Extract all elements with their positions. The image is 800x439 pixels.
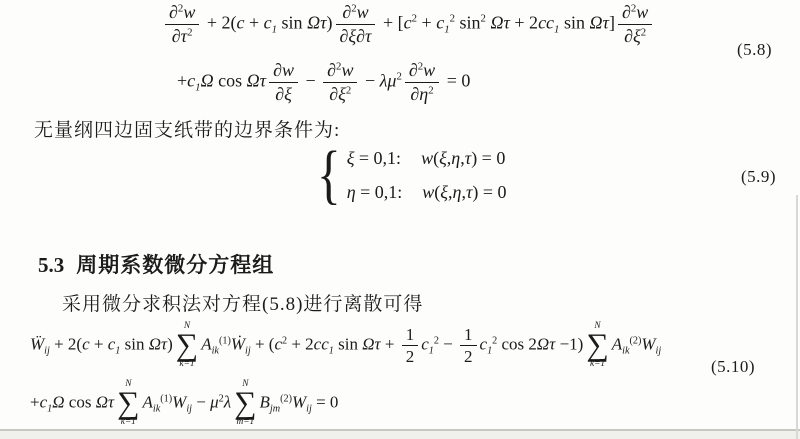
math-fraction: ∂2w∂ξ2 [323,60,357,104]
math-run: A [612,335,622,354]
math-run: ) = 0 [472,182,506,202]
math-run: + [30,393,40,412]
math-run: + [417,12,436,32]
equation-number-5-8: (5.8) [737,40,772,60]
math-run: (1) [160,393,172,404]
math-fraction: 12 [460,325,477,367]
math-run: (1) [219,335,231,346]
math-run: 2 [187,26,192,38]
math-run: 1 [444,23,449,35]
math-run: Ẅ [30,335,44,354]
math-run: η [347,182,356,202]
math-run: 2 [428,84,433,96]
paragraph-discretization: 采用微分求积法对方程(5.8)进行离散可得 [62,289,423,316]
math-run: Ωτ [96,393,114,412]
math-fraction: ∂2w∂ξ∂τ [336,2,376,46]
math-run: ∂ξ [329,84,346,104]
math-run: − [439,335,457,354]
math-run: sin [277,12,307,32]
scanned-document-page: ∂2w∂τ2 + 2(c + c1 sin Ωτ)∂2w∂ξ∂τ + [c2 +… [0,0,800,439]
math-run: c [82,335,90,354]
math-run: Ωτ [490,12,509,32]
math-run: η [451,148,460,168]
equation-number-5-10: (5.10) [708,357,758,377]
math-fraction: ∂2w∂τ2 [165,2,199,46]
math-run: cc [538,12,554,32]
math-run: W [292,393,306,412]
math-run: − [301,70,320,90]
math-run: 1 [429,346,434,357]
math-run: c [404,12,412,32]
scan-bottom-strip [0,431,800,439]
math-run: Ωτ [307,12,326,32]
math-run: ) [167,335,173,354]
math-run: ∂ [327,60,336,80]
math-run: Ωτ [247,70,266,90]
math-run: ik [153,404,160,415]
math-run: A [201,335,211,354]
equation-5-9-row-2: η = 0,1:w(ξ,η,τ) = 0 [347,177,507,207]
math-run: ∂ξ [624,26,641,46]
math-run: sin [455,12,481,32]
math-run: cos [65,393,96,412]
math-run: 2 [346,84,351,96]
math-run: ∂ξ [275,84,292,104]
section-heading-5-3: 5.3周期系数微分方程组 [38,249,274,279]
math-run: 1 [406,325,415,344]
math-run: W [172,393,186,412]
math-run: B [260,393,270,412]
section-number: 5.3 [38,253,64,277]
math-summation: N∑k=1 [176,322,198,370]
math-run: c [40,393,48,412]
equation-5-9-rows: ξ = 0,1:w(ξ,η,τ) = 0 η = 0,1:w(ξ,η,τ) = … [347,143,507,207]
math-run: μ [210,393,219,412]
equation-number-5-9: (5.9) [741,167,776,187]
math-run: Ω [201,70,214,90]
math-run: = 0 [442,70,470,90]
math-run: jm [270,404,280,415]
equation-5-8-line-2: +c1Ω cos Ωτ∂w∂ξ − ∂2w∂ξ2 − λμ2∂2w∂η2 = 0 [177,60,470,104]
math-run: + [244,12,263,32]
math-run: + [381,335,399,354]
math-run: λ [224,393,231,412]
math-run: ∂ [409,60,418,80]
math-run: cc [314,335,329,354]
math-run: w [423,60,435,80]
equation-5-8-line-1: ∂2w∂τ2 + 2(c + c1 sin Ωτ)∂2w∂ξ∂τ + [c2 +… [162,2,655,46]
math-run: = 0,1: [354,148,401,168]
paragraph-boundary-conditions: 无量纲四边固支纸带的边界条件为: [34,115,340,142]
math-run: −1) [555,335,583,354]
math-run: c [264,12,272,32]
math-run: 2 [396,71,401,83]
math-run: ] [609,12,615,32]
math-run: (2) [629,335,641,346]
math-run: ik [212,346,219,357]
math-fraction: ∂2w∂ξ2 [618,2,652,46]
math-run: ∂ [622,2,631,22]
math-run: + [177,70,187,90]
math-run: ξ [440,182,448,202]
math-run: Ωτ [149,335,167,354]
equation-5-9: { ξ = 0,1:w(ξ,η,τ) = 0 η = 0,1:w(ξ,η,τ) … [313,142,507,208]
equation-5-10-line-2: +c1Ω cos ΩτN∑k=1Aik(1)Wij − μ2λN∑m=1Bjm(… [30,380,338,428]
math-run: + [90,335,108,354]
math-run: = 0,1: [356,182,403,202]
math-run: λμ [380,70,397,90]
math-run: Ωτ [589,12,608,32]
scan-right-edge-rule [796,195,798,439]
math-run: 2 [464,347,473,366]
math-run: ∂τ [172,26,187,46]
math-run: c [480,335,488,354]
equation-5-10-line-1: Ẅij + 2(c + c1 sin Ωτ)N∑k=1Aik(1)Ẇij + (… [30,322,661,370]
math-run: sin [120,335,148,354]
math-run: ξ [439,148,447,168]
section-title: 周期系数微分方程组 [76,253,274,277]
math-summation: N∑k=1 [586,322,608,370]
math-run: w [341,60,353,80]
math-run: Ω [52,393,64,412]
math-run: ∂η [410,84,428,104]
math-run: + ( [251,335,275,354]
math-run: + 2( [50,335,82,354]
math-run: ik [622,346,629,357]
math-run: − [360,70,379,90]
math-run: w [422,182,434,202]
math-run: Ẇ [231,335,245,354]
math-fraction: 12 [402,325,419,367]
math-run: ∂w [273,60,294,80]
math-run: W [641,335,655,354]
math-run: w [636,2,648,22]
left-brace: { [317,142,341,208]
math-run: ) [327,12,333,32]
math-run: + 2 [510,12,538,32]
math-run: c [436,12,444,32]
math-run: c [274,335,282,354]
math-run: cos 2 [497,335,537,354]
math-run: w [421,148,433,168]
math-run: Ωτ [537,335,555,354]
math-run: sin [559,12,589,32]
math-run: w [357,2,369,22]
math-run: ) = 0 [471,148,505,168]
math-run: cos [214,70,247,90]
math-run: ∂ [169,2,178,22]
math-summation: N∑k=1 [117,380,139,428]
math-run: ∂ξ∂τ [340,26,372,46]
math-run: = 0 [312,393,339,412]
math-fraction: ∂2w∂η2 [405,60,439,104]
math-run: sin [334,335,362,354]
equation-5-9-row-1: ξ = 0,1:w(ξ,η,τ) = 0 [347,143,507,173]
math-fraction: ∂w∂ξ [269,60,298,104]
math-run: 2 [406,347,415,366]
math-run: + 2 [287,335,314,354]
math-run: + [ [378,12,403,32]
math-run: 1 [464,325,473,344]
math-run: c [187,70,195,90]
math-run: + 2( [202,12,236,32]
math-run: w [183,2,195,22]
math-run: − [192,393,210,412]
math-run: c [421,335,429,354]
math-run: 1 [487,346,492,357]
math-run: (2) [280,393,292,404]
math-run: A [143,393,153,412]
math-run: Ωτ [362,335,380,354]
math-run: ∂ [342,2,351,22]
math-run: 2 [641,26,646,38]
math-summation: N∑m=1 [234,380,256,428]
math-run: ij [656,346,662,357]
